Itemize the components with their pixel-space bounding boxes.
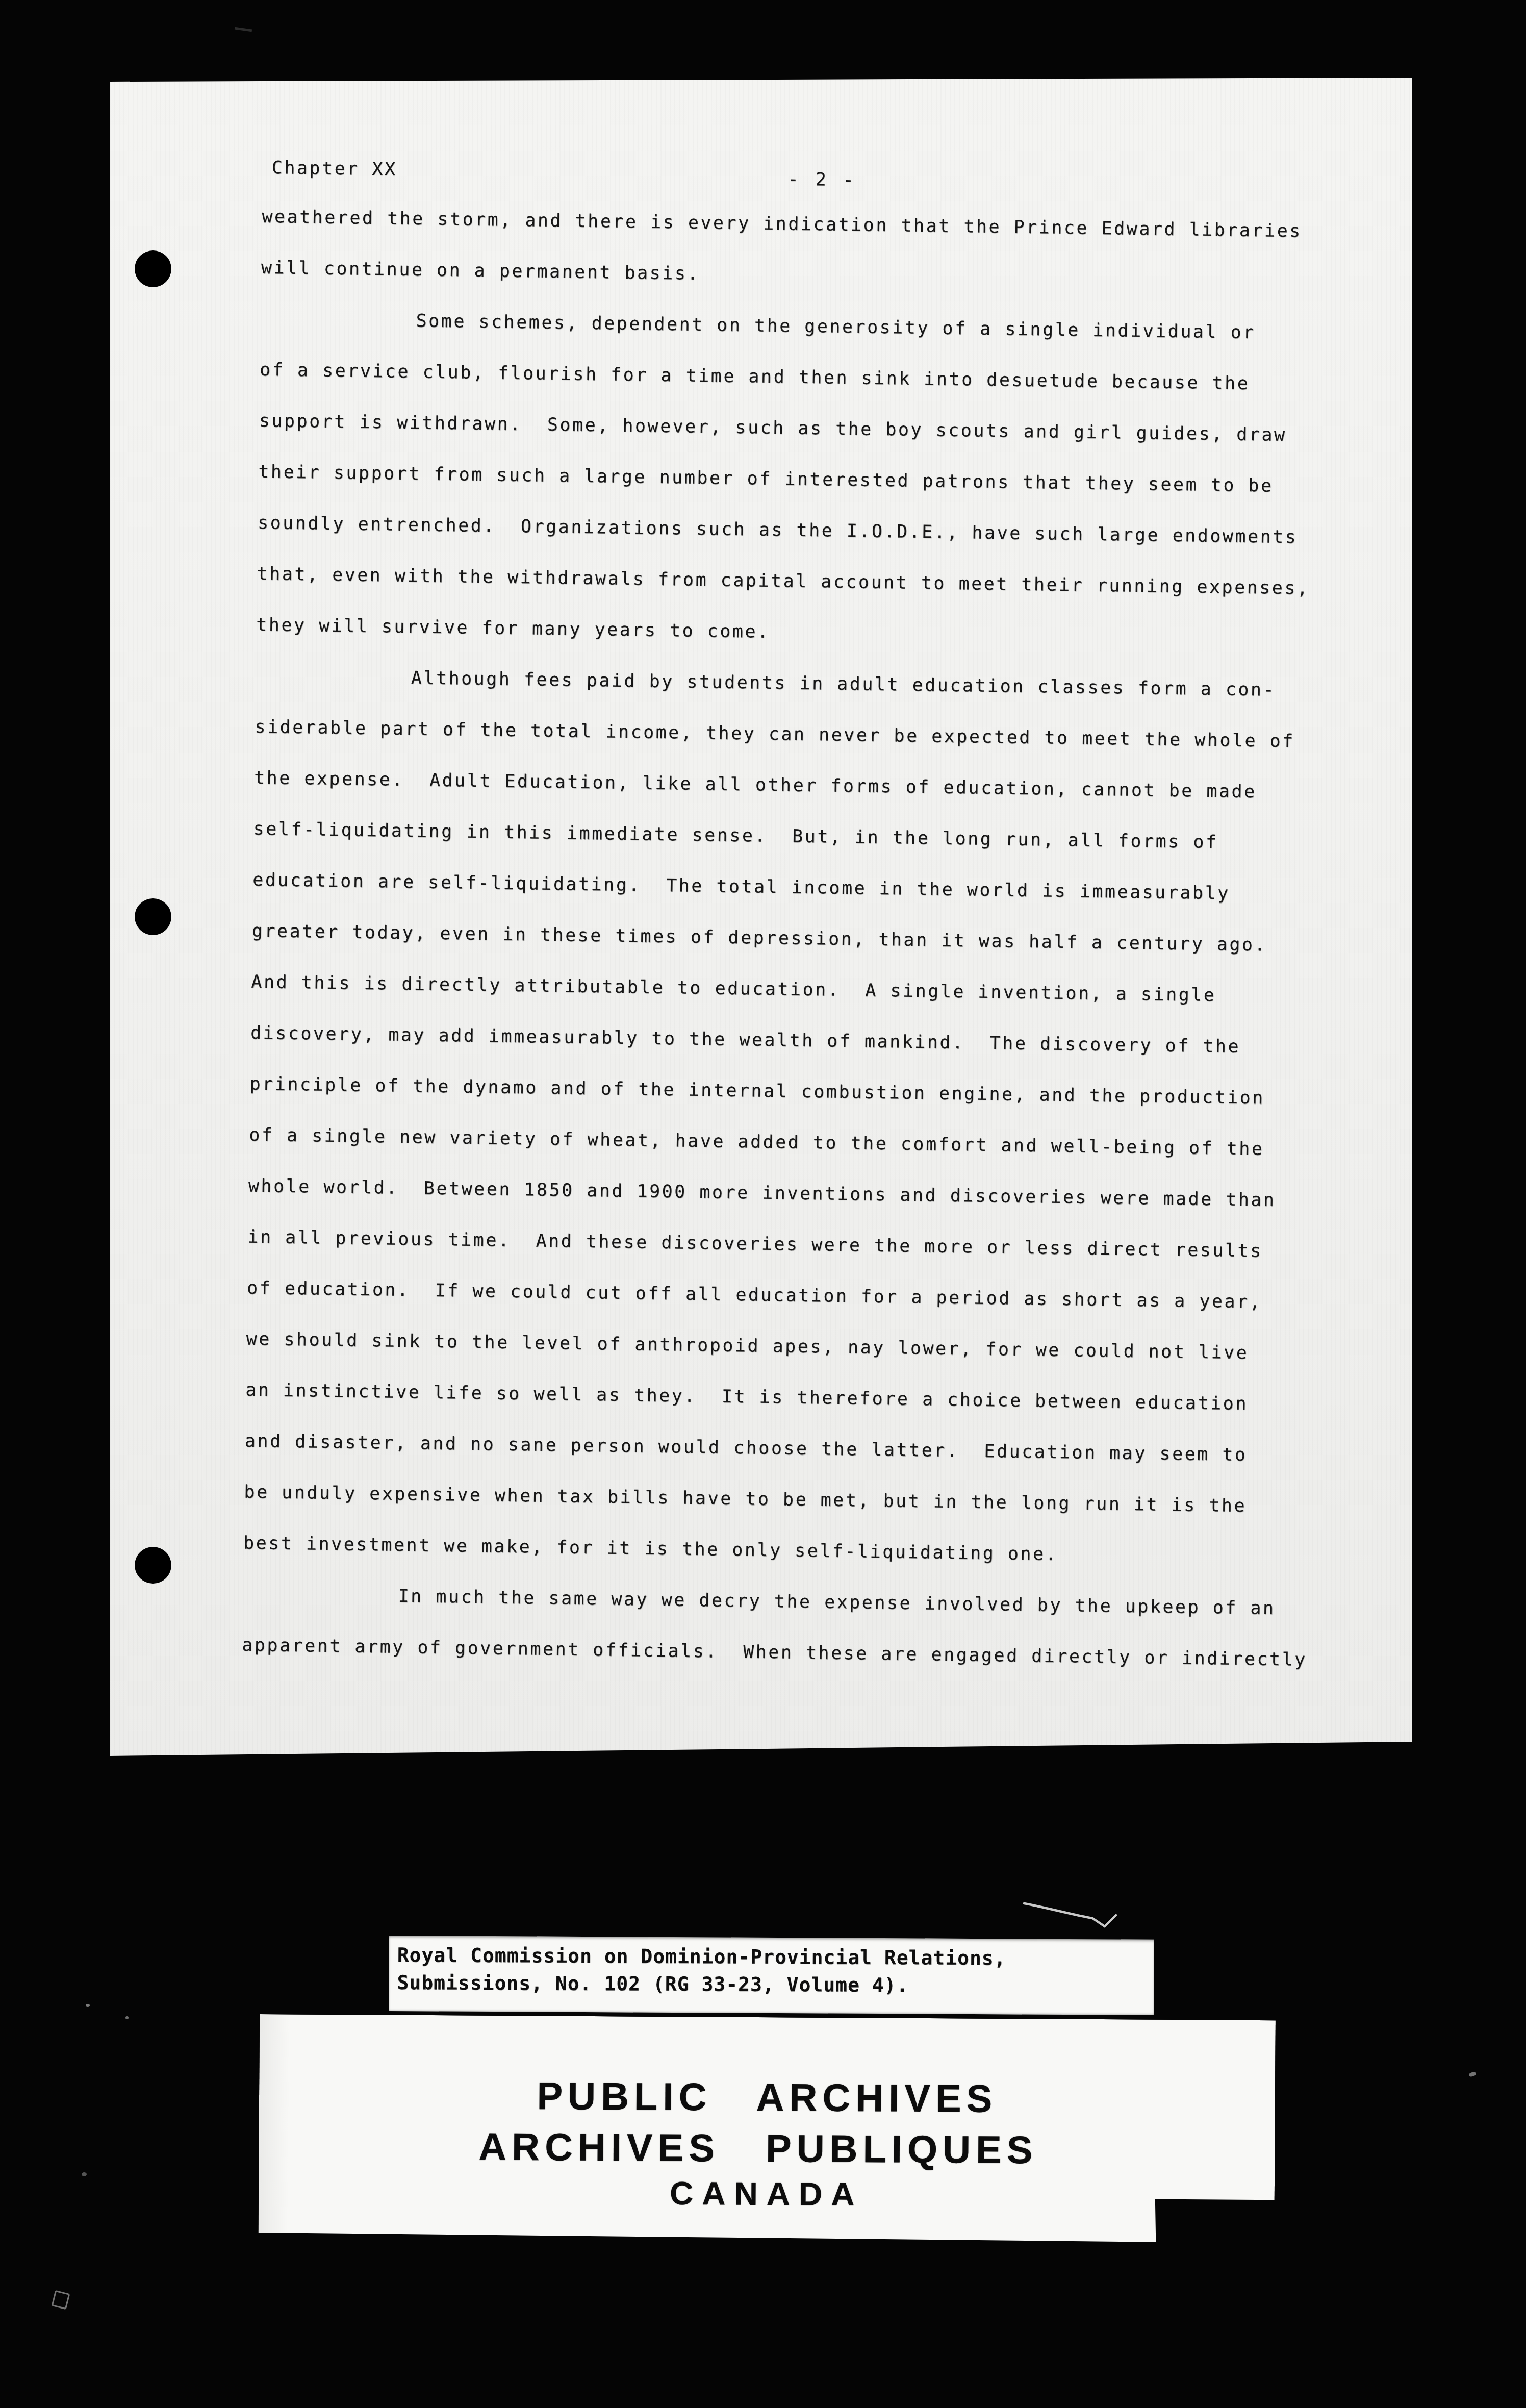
- typewritten-line: In much the same way we decry the expens…: [398, 1588, 1275, 1618]
- typewritten-line: self-liquidating in this immediate sense…: [253, 820, 1218, 851]
- typewritten-line: support is withdrawn. Some, however, suc…: [259, 412, 1287, 444]
- typewritten-line: be unduly expensive when tax bills have …: [244, 1484, 1247, 1515]
- typewritten-line: Some schemes, dependent on the generosit…: [416, 312, 1256, 342]
- scan-black-field: { "page": { "header": { "chapter": "Chap…: [0, 0, 1526, 2408]
- public-archives-canada: CANADA: [259, 2170, 1275, 2217]
- typewritten-line: an instinctive life so well as they. It …: [245, 1382, 1248, 1413]
- public-archives-french: ARCHIVES PUBLIQUES: [250, 2125, 1266, 2172]
- dust-speck: [86, 2004, 90, 2007]
- typewritten-line: weathered the storm, and there is every …: [262, 208, 1302, 240]
- stamp-line-2: Submissions, No. 102 (RG 33-23, Volume 4…: [397, 1972, 908, 1995]
- punch-hole-top: [135, 250, 171, 287]
- page-number: - 2 -: [787, 170, 857, 189]
- typewritten-line: siderable part of the total income, they…: [255, 718, 1295, 750]
- typewritten-line: education are self-liquidating. The tota…: [252, 871, 1230, 903]
- punch-hole-middle: [135, 898, 171, 935]
- typewritten-line: in all previous time. And these discover…: [247, 1228, 1263, 1261]
- typewritten-line: principle of the dynamo and of the inter…: [249, 1075, 1265, 1108]
- dust-speck: [1468, 2071, 1477, 2077]
- dust-speck: [125, 2016, 129, 2019]
- royal-commission-stamp: Royal Commission on Dominion-Provincial …: [389, 1936, 1154, 2015]
- typewritten-line: and disaster, and no sane person would c…: [245, 1433, 1248, 1464]
- typewritten-line: of a service club, flourish for a time a…: [260, 361, 1250, 393]
- document-page: Chapter XX - 2 - weathered the storm, an…: [110, 78, 1412, 1756]
- typewritten-line: that, even with the withdrawals from cap…: [257, 565, 1309, 598]
- typewritten-line: Although fees paid by students in adult …: [411, 669, 1276, 699]
- typewritten-line: of education. If we could cut off all ed…: [247, 1280, 1262, 1312]
- typewritten-text-block: Chapter XX - 2 - weathered the storm, an…: [240, 159, 1375, 1776]
- chapter-heading: Chapter XX: [272, 159, 397, 179]
- typewritten-line: the expense. Adult Education, like all o…: [254, 769, 1257, 801]
- typewritten-line: whole world. Between 1850 and 1900 more …: [248, 1177, 1276, 1210]
- typewritten-line: we should sink to the level of anthropoi…: [246, 1331, 1249, 1362]
- public-archives-stamp: PUBLIC ARCHIVES ARCHIVES PUBLIQUES CANAD…: [258, 2014, 1276, 2246]
- punch-hole-bottom: [135, 1547, 171, 1584]
- typewritten-line: best investment we make, for it is the o…: [243, 1535, 1058, 1564]
- typewritten-line: of a single new variety of wheat, have a…: [249, 1126, 1264, 1159]
- typewritten-line: will continue on a permanent basis.: [261, 259, 700, 283]
- typewritten-line: soundly entrenched. Organizations such a…: [258, 514, 1298, 546]
- stamp-line-1: Royal Commission on Dominion-Provincial …: [397, 1945, 1006, 1968]
- typewritten-line: greater today, even in these times of de…: [252, 922, 1267, 955]
- film-scratch-dash: [235, 27, 252, 32]
- public-archives-english: PUBLIC ARCHIVES: [259, 2074, 1275, 2121]
- typewritten-line: their support from such a large number o…: [258, 463, 1274, 495]
- dust-speck: [52, 2290, 70, 2310]
- typewritten-line: apparent army of government officials. W…: [242, 1637, 1307, 1669]
- dust-speck: [82, 2172, 87, 2176]
- typewritten-line: And this is directly attributable to edu…: [251, 973, 1216, 1005]
- typewritten-line: discovery, may add immeasurably to the w…: [250, 1024, 1240, 1056]
- typewritten-line: they will survive for many years to come…: [256, 616, 770, 641]
- pen-scratch-mark: [1015, 1895, 1127, 1936]
